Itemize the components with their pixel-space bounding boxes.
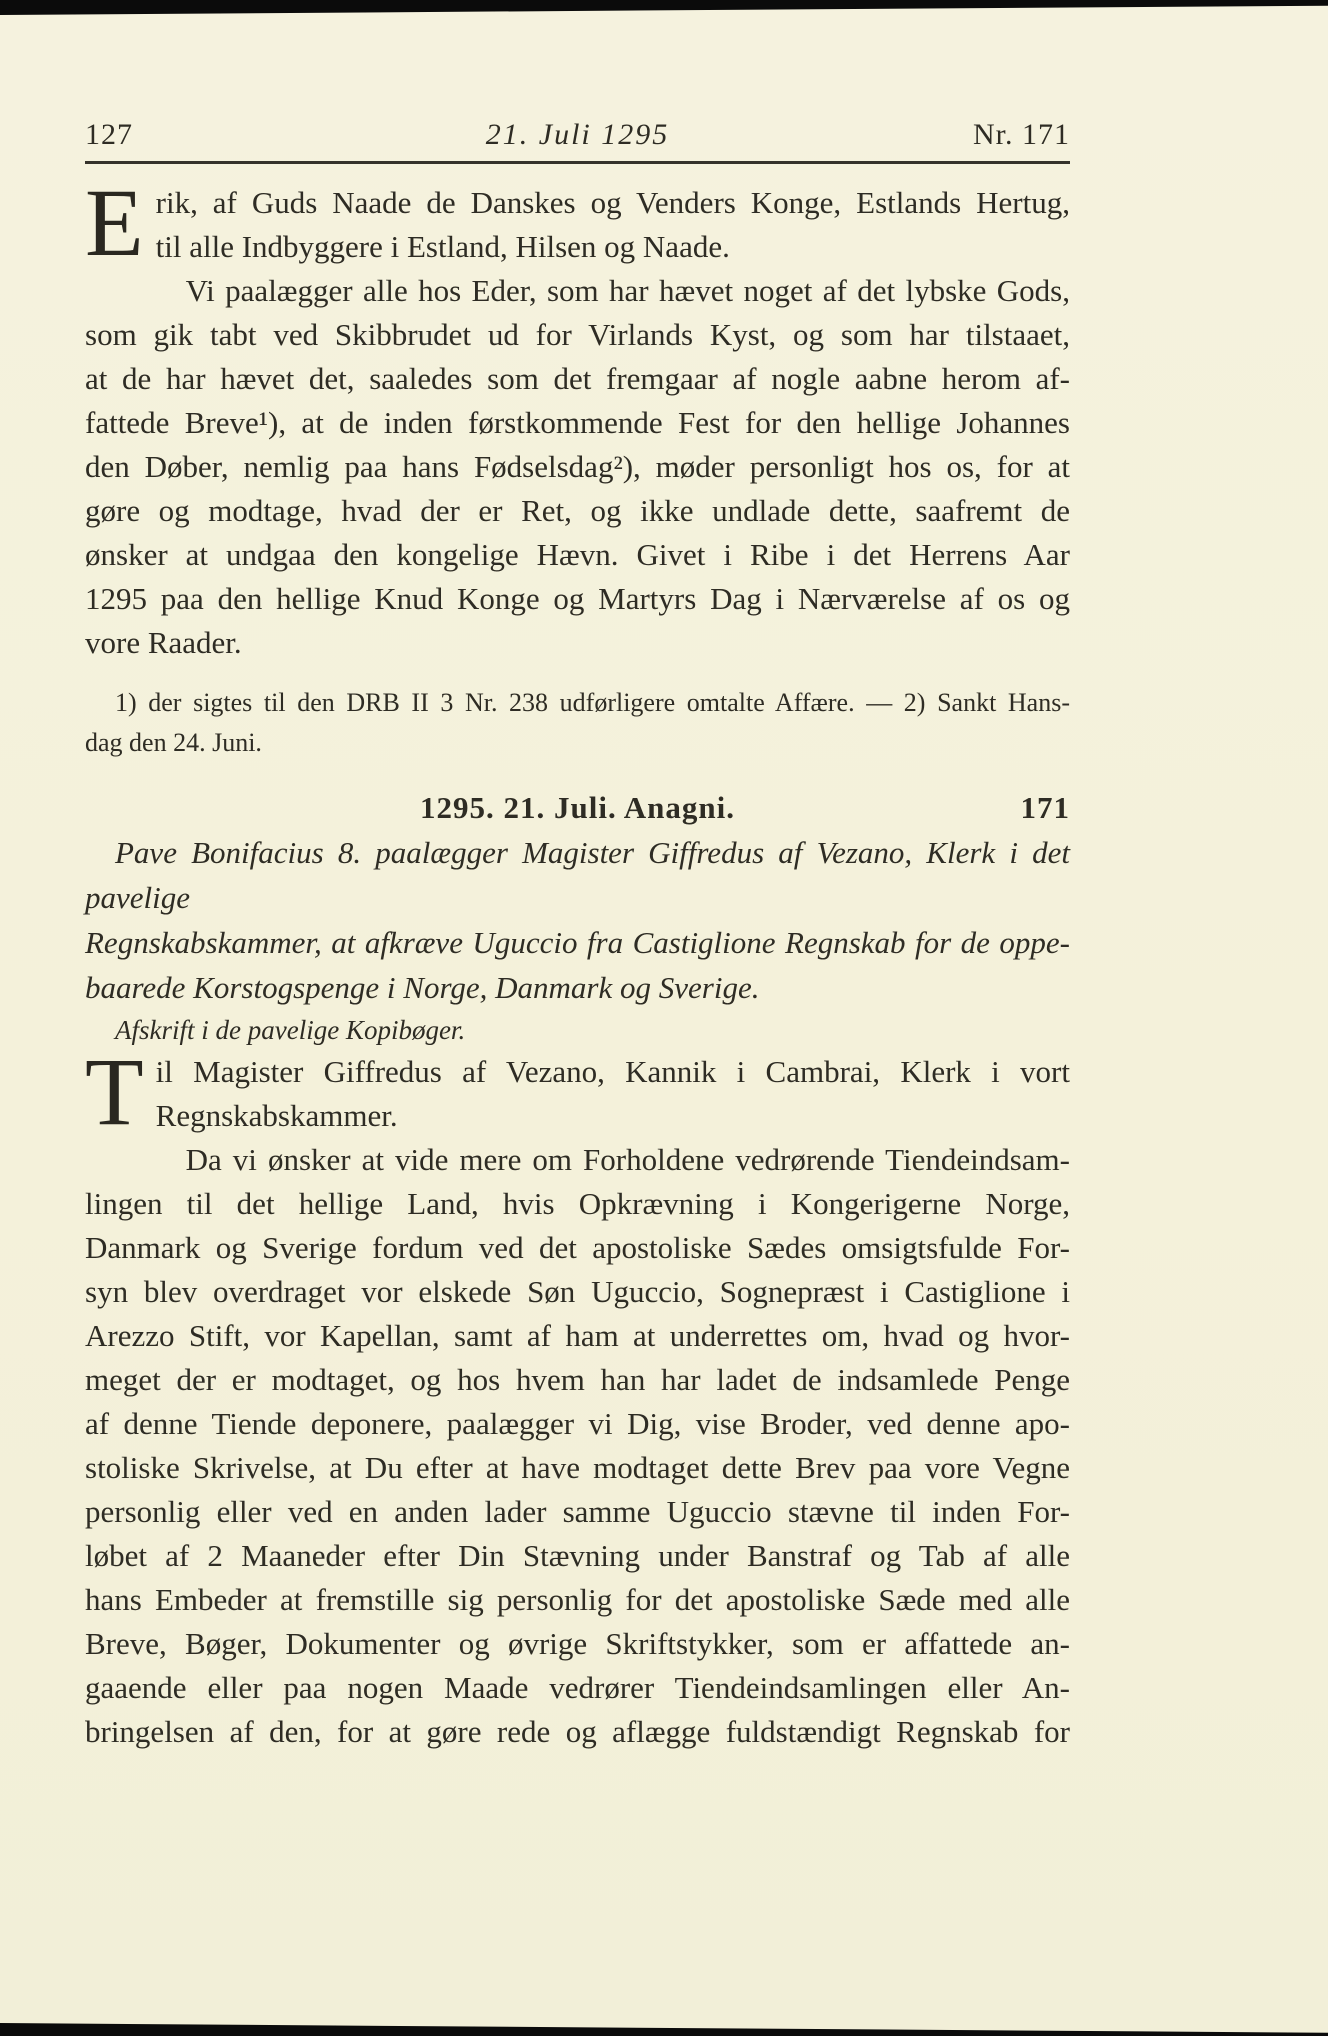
drop-cap-initial: T: [85, 1053, 144, 1139]
text-line: til alle Indbyggere i Estland, Hilsen og…: [85, 225, 1070, 269]
doc2-body: Da vi ønsker at vide mere om Forholdene …: [85, 1138, 1070, 1754]
doc2-summary: Pave Bonifacius 8. paalægger Magister Gi…: [85, 830, 1070, 1010]
summary-line: Regnskabskammer, at afkræve Uguccio fra …: [85, 920, 1070, 965]
text-line: Regnskabskammer.: [85, 1094, 1070, 1138]
header-date: 21. Juli 1295: [331, 116, 824, 154]
summary-line: Pave Bonifacius 8. paalægger Magister Gi…: [85, 830, 1070, 920]
text-line: stoliske Skrivelse, at Du efter at have …: [85, 1446, 1070, 1490]
text-line: den Døber, nemlig paa hans Fødselsdag²),…: [85, 445, 1070, 489]
doc1-body: Vi paalægger alle hos Eder, som har hæve…: [85, 269, 1070, 665]
text-line: meget der er modtaget, og hos hvem han h…: [85, 1358, 1070, 1402]
text-line: Danmark og Sverige fordum ved det aposto…: [85, 1226, 1070, 1270]
doc2-heading: 1295. 21. Juli. Anagni.: [420, 790, 735, 825]
text-line: Da vi ønsker at vide mere om Forholdene …: [85, 1138, 1070, 1182]
text-line: personlig eller ved en anden lader samme…: [85, 1490, 1070, 1534]
footnote-line: dag den 24. Juni.: [85, 723, 1070, 763]
source-note: Afskrift i de pavelige Kopibøger.: [85, 1010, 1070, 1050]
text-line: løbet af 2 Maaneder efter Din Stævning u…: [85, 1534, 1070, 1578]
text-line: lingen til det hellige Land, hvis Opkræv…: [85, 1182, 1070, 1226]
text-line: il Magister Giffredus af Vezano, Kannik …: [85, 1050, 1070, 1094]
text-line: gøre og modtage, hvad der er Ret, og ikk…: [85, 489, 1070, 533]
text-line: 1295 paa den hellige Knud Konge og Marty…: [85, 577, 1070, 621]
text-line: hans Embeder at fremstille sig personlig…: [85, 1578, 1070, 1622]
doc1-salutation: E rik, af Guds Naade de Danskes og Vende…: [85, 181, 1070, 269]
text-line: ønsker at undgaa den kongelige Hævn. Giv…: [85, 533, 1070, 577]
book-page-scan: 127 21. Juli 1295 Nr. 171 E rik, af Guds…: [0, 0, 1328, 2036]
text-line: rik, af Guds Naade de Danskes og Venders…: [85, 181, 1070, 225]
text-line: fattede Breve¹), at de inden førstkommen…: [85, 401, 1070, 445]
text-line: vore Raader.: [85, 621, 1070, 665]
doc2-number: 171: [1021, 788, 1071, 828]
scan-border-bottom: [0, 2018, 1328, 2036]
text-line: at de har hævet det, saaledes som det fr…: [85, 357, 1070, 401]
doc2-heading-row: 1295. 21. Juli. Anagni. 171: [85, 788, 1070, 828]
drop-cap-initial: E: [85, 184, 144, 270]
text-block: 127 21. Juli 1295 Nr. 171 E rik, af Guds…: [85, 116, 1070, 1754]
text-line: Vi paalægger alle hos Eder, som har hæve…: [85, 269, 1070, 313]
summary-line: baarede Korstogspenge i Norge, Danmark o…: [85, 965, 1070, 1010]
text-line: bringelsen af den, for at gøre rede og a…: [85, 1710, 1070, 1754]
scan-border-top: [0, 0, 1328, 15]
doc1-footnote: 1) der sigtes til den DRB II 3 Nr. 238 u…: [85, 683, 1070, 763]
header-doc-number: Nr. 171: [824, 116, 1070, 154]
header-rule: [85, 161, 1070, 164]
running-header: 127 21. Juli 1295 Nr. 171: [85, 116, 1070, 154]
text-line: gaaende eller paa nogen Maade vedrører T…: [85, 1666, 1070, 1710]
text-line: af denne Tiende deponere, paalægger vi D…: [85, 1402, 1070, 1446]
page-number: 127: [85, 116, 331, 154]
text-line: syn blev overdraget vor elskede Søn Uguc…: [85, 1270, 1070, 1314]
doc2-salutation: T il Magister Giffredus af Vezano, Kanni…: [85, 1050, 1070, 1138]
footnote-line: 1) der sigtes til den DRB II 3 Nr. 238 u…: [85, 683, 1070, 723]
text-line: Breve, Bøger, Dokumenter og øvrige Skrif…: [85, 1622, 1070, 1666]
text-line: Arezzo Stift, vor Kapellan, samt af ham …: [85, 1314, 1070, 1358]
text-line: som gik tabt ved Skibbrudet ud for Virla…: [85, 313, 1070, 357]
